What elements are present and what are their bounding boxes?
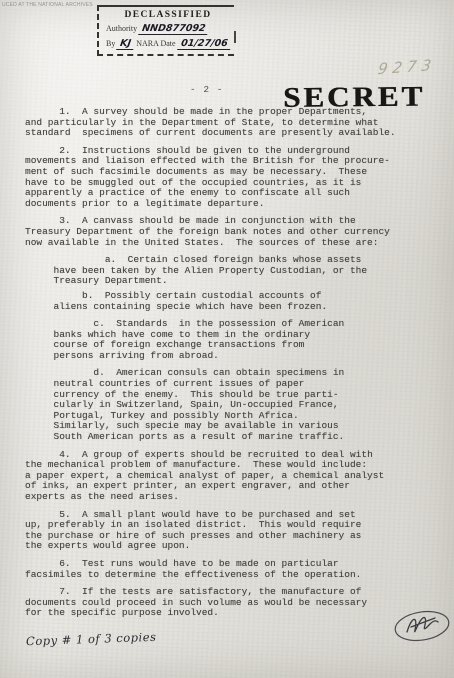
paragraph-3: 3. A canvass should be made in conjuncti…: [25, 216, 437, 248]
by-label: By: [106, 39, 115, 48]
declassified-stamp-title: DECLASSIFIED: [106, 10, 230, 20]
document-body: 1. A survey should be made in the proper…: [25, 107, 437, 626]
paragraph-3b: b. Possibly certain custodial accounts o…: [25, 291, 437, 312]
pencil-annotation-number: 9273: [377, 56, 438, 78]
signature-initials-icon: [392, 605, 452, 652]
nara-date-label: NARA Date: [136, 39, 175, 48]
page-number: - 2 -: [190, 84, 224, 95]
declassified-authority-row: Authority NND877092: [106, 23, 230, 35]
authority-value-handwritten: NND877092: [138, 23, 209, 35]
document-page: UCED AT THE NATIONAL ARCHIVES DECLASSIFI…: [0, 0, 454, 678]
authority-label: Authority: [106, 24, 137, 33]
archive-reproduction-note: UCED AT THE NATIONAL ARCHIVES: [2, 2, 93, 8]
paragraph-6: 6. Test runs would have to be made on pa…: [25, 559, 437, 580]
copy-count-handwritten-note: Copy # 1 of 3 copies: [26, 630, 157, 649]
declassified-stamp: DECLASSIFIED Authority NND877092 By KJ N…: [97, 5, 234, 56]
paragraph-7: 7. If the tests are satisfactory, the ma…: [25, 587, 437, 619]
paragraph-2: 2. Instructions should be given to the u…: [25, 146, 437, 210]
paragraph-1: 1. A survey should be made in the proper…: [25, 107, 437, 139]
paragraph-3d: d. American consuls can obtain specimens…: [25, 368, 437, 442]
date-value-handwritten: 01/27/06: [177, 38, 231, 50]
declassified-by-row: By KJ NARA Date 01/27/06: [106, 38, 230, 50]
paragraph-5: 5. A small plant would have to be purcha…: [25, 510, 437, 552]
paragraph-3a: a. Certain closed foreign banks whose as…: [25, 255, 437, 287]
paragraph-3c: c. Standards in the possession of Americ…: [25, 319, 437, 361]
paragraph-4: 4. A group of experts should be recruite…: [25, 450, 437, 503]
by-value-handwritten: KJ: [117, 38, 136, 50]
